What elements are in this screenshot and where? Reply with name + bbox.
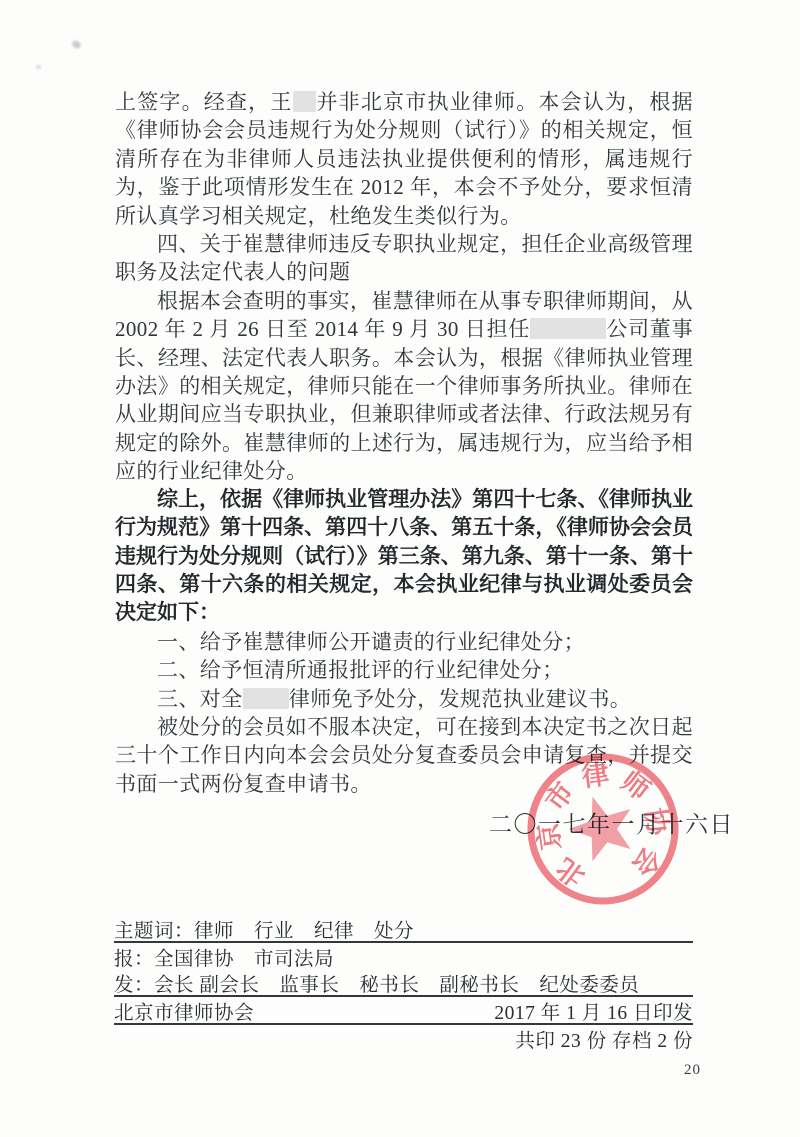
body-text: 上签字。经查，王并非北京市执业律师。本会认为，根据《律师协会会员违规行为处分规则… xyxy=(115,88,693,798)
body-paragraph: 综上，依据《律师执业管理办法》第四十七条、《律师执业行为规范》第十四条、第四十八… xyxy=(115,486,693,628)
seal-char: 律 xyxy=(580,759,611,792)
body-paragraph: 根据本会查明的事实，崔慧律师在从事专职律师期间，从 2002 年 2 月 26 … xyxy=(115,287,693,486)
scan-speck xyxy=(36,65,41,69)
page-number: 20 xyxy=(684,1062,701,1079)
distribution-row: 发：会长 副会长 监事长 秘书长 副秘书长 纪处委委员 xyxy=(114,969,693,997)
report-text: 报：全国律协 市司法局 xyxy=(114,949,334,970)
seal-char: 协 xyxy=(640,806,674,838)
scan-speck xyxy=(71,39,82,50)
body-paragraph: 一、给予崔慧律师公开谴责的行业纪律处分； xyxy=(115,628,693,656)
distribution-text: 发：会长 副会长 监事长 秘书长 副秘书长 纪处委委员 xyxy=(114,975,639,996)
keywords-text: 主题词：律师 行业 纪律 处分 xyxy=(114,921,414,942)
print-date: 2017 年 1 月 16 日印发 xyxy=(494,997,693,1022)
keywords-row: 主题词：律师 行业 纪律 处分 xyxy=(114,915,693,943)
copies-text: 共印 23 份 存档 2 份 xyxy=(515,1031,693,1052)
issuer-name: 北京市律师协会 xyxy=(114,997,254,1022)
body-paragraph: 四、关于崔慧律师违反专职执业规定，担任企业高级管理职务及法定代表人的问题 xyxy=(115,230,693,287)
document-page: 上签字。经查，王并非北京市执业律师。本会认为，根据《律师协会会员违规行为处分规则… xyxy=(0,0,800,1137)
copies-row: 共印 23 份 存档 2 份 xyxy=(114,1025,693,1051)
document-footer: 主题词：律师 行业 纪律 处分 报：全国律协 市司法局 发：会长 副会长 监事长… xyxy=(114,915,693,1051)
seal-char: 京 xyxy=(532,821,566,852)
report-row: 报：全国律协 市司法局 xyxy=(114,943,693,969)
issuer-row: 北京市律师协会 2017 年 1 月 16 日印发 xyxy=(114,997,693,1025)
body-paragraph: 三、对全律师免予处分，发规范执业建议书。 xyxy=(115,685,693,713)
body-paragraph: 二、给予恒清所通报批评的行业纪律处分； xyxy=(115,656,693,684)
redaction-box xyxy=(530,318,606,339)
redaction-box xyxy=(243,688,289,709)
body-paragraph: 上签字。经查，王并非北京市执业律师。本会认为，根据《律师协会会员违规行为处分规则… xyxy=(115,88,693,230)
official-seal: 北京市律师协会 xyxy=(518,744,688,914)
redaction-box xyxy=(293,91,316,112)
